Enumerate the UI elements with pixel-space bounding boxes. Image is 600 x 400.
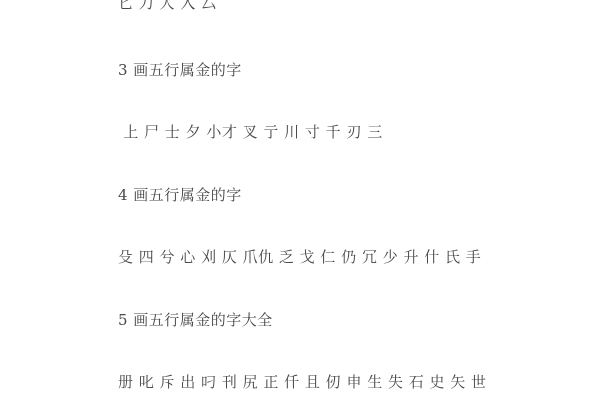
char-list-5-stroke: 册 叱 斥 出 叼 刊 尻 正 仟 且 仞 申 生 失 石 史 矢 世 — [118, 374, 487, 391]
char-list-4-stroke: 殳 四 兮 心 刈 仄 爪仇 乏 戈 仁 仍 冗 少 升 什 氏 手 — [118, 249, 481, 266]
char-list-3-stroke: 上 尸 士 夕 小才 叉 亍 川 寸 千 刃 三 — [118, 124, 383, 141]
document-page: 匕 刀 人 入 厶 3 画五行属金的字 上 尸 士 夕 小才 叉 亍 川 寸 千… — [0, 0, 600, 400]
heading-3-stroke: 3 画五行属金的字 — [118, 62, 242, 79]
char-list-2-stroke: 匕 刀 人 入 厶 — [118, 0, 217, 12]
heading-5-stroke: 5 画五行属金的字大全 — [118, 312, 273, 329]
heading-4-stroke: 4 画五行属金的字 — [118, 187, 242, 204]
